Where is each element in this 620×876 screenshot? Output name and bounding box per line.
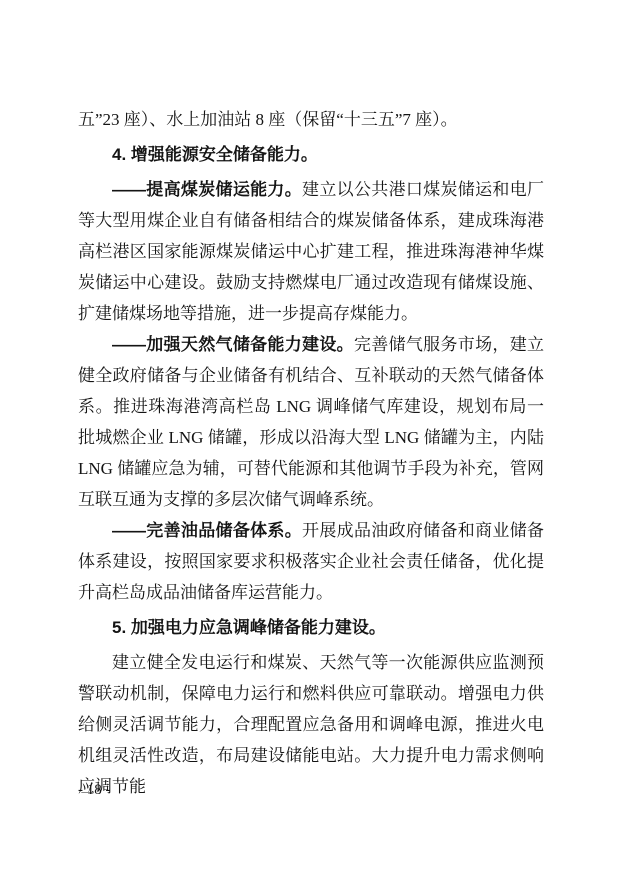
paragraph-power-peak: 建立健全发电运行和煤炭、天然气等一次能源供应监测预警联动机制，保障电力运行和燃料… bbox=[78, 647, 544, 802]
paragraph-gas-storage-lead: ——加强天然气储备能力建设。 bbox=[112, 335, 354, 354]
section-heading-5: 5. 加强电力应急调峰储备能力建设。 bbox=[78, 612, 544, 643]
paragraph-gas-storage: ——加强天然气储备能力建设。完善储气服务市场，建立健全政府储备与企业储备有机结合… bbox=[78, 329, 544, 515]
paragraph-coal-storage-text: 建立以公共港口煤炭储运和电厂等大型用煤企业自有储备相结合的煤炭储备体系，建成珠海… bbox=[78, 180, 544, 323]
section-heading-4: 4. 增强能源安全储备能力。 bbox=[78, 139, 544, 170]
page-number: - 18 - bbox=[78, 781, 111, 799]
paragraph-oil-storage: ——完善油品储备体系。开展成品油政府储备和商业储备体系建设，按照国家要求积极落实… bbox=[78, 515, 544, 608]
paragraph-power-peak-text: 建立健全发电运行和煤炭、天然气等一次能源供应监测预警联动机制，保障电力运行和燃料… bbox=[78, 653, 544, 796]
paragraph-continued: 五”23 座）、水上加油站 8 座（保留“十三五”7 座）。 bbox=[78, 104, 544, 135]
document-body: 五”23 座）、水上加油站 8 座（保留“十三五”7 座）。 4. 增强能源安全… bbox=[78, 104, 544, 802]
paragraph-oil-storage-lead: ——完善油品储备体系。 bbox=[112, 521, 302, 540]
document-page: { "content": { "p1": { "text": "五”23 座）、… bbox=[0, 0, 620, 876]
paragraph-gas-storage-text: 完善储气服务市场，建立健全政府储备与企业储备有机结合、互补联动的天然气储备体系。… bbox=[78, 335, 544, 509]
paragraph-continued-text: 五”23 座）、水上加油站 8 座（保留“十三五”7 座）。 bbox=[78, 110, 458, 129]
section-heading-5-text: 5. 加强电力应急调峰储备能力建设。 bbox=[112, 618, 386, 637]
paragraph-coal-storage: ——提高煤炭储运能力。建立以公共港口煤炭储运和电厂等大型用煤企业自有储备相结合的… bbox=[78, 174, 544, 329]
section-heading-4-text: 4. 增强能源安全储备能力。 bbox=[112, 145, 318, 164]
paragraph-coal-storage-lead: ——提高煤炭储运能力。 bbox=[112, 180, 302, 199]
